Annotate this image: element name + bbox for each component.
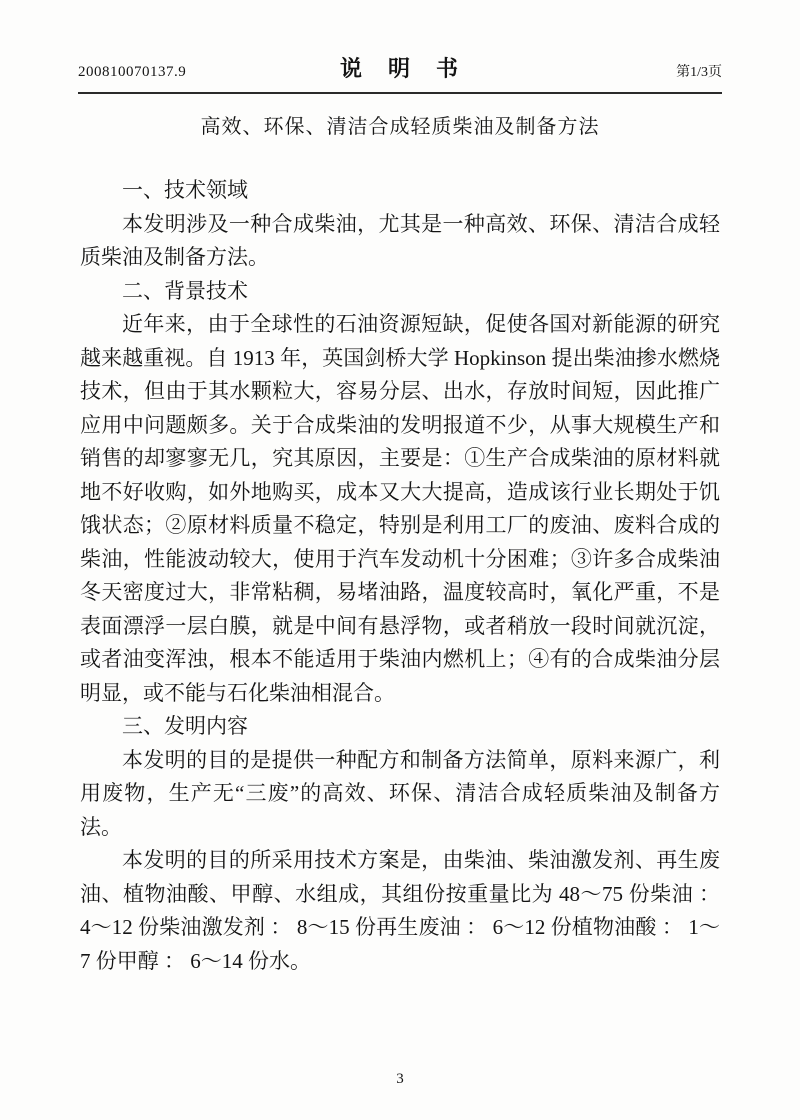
page-header: 200810070137.9 说 明 书 第1/3页	[0, 0, 800, 83]
document-type-title: 说 明 书	[340, 52, 460, 83]
section-heading: 二、背景技术	[80, 275, 720, 309]
patent-specification-page: 200810070137.9 说 明 书 第1/3页 高效、环保、清洁合成轻质柴…	[0, 0, 800, 1120]
footer-page-number: 3	[0, 1071, 800, 1088]
paragraph: 本发明的目的是提供一种配方和制备方法简单，原料来源广，利用废物，生产无“三废”的…	[80, 744, 720, 845]
invention-title: 高效、环保、清洁合成轻质柴油及制备方法	[0, 110, 800, 139]
application-number: 200810070137.9	[78, 64, 340, 81]
paragraph: 近年来，由于全球性的石油资源短缺，促使各国对新能源的研究越来越重视。自 1913…	[80, 308, 720, 710]
document-body: 一、技术领域本发明涉及一种合成柴油，尤其是一种高效、环保、清洁合成轻质柴油及制备…	[0, 139, 800, 978]
paragraph: 本发明涉及一种合成柴油，尤其是一种高效、环保、清洁合成轻质柴油及制备方法。	[80, 208, 720, 275]
header-divider	[78, 92, 722, 94]
paragraph: 本发明的目的所采用技术方案是，由柴油、柴油激发剂、再生废油、植物油酸、甲醇、水组…	[80, 844, 720, 978]
section-heading: 一、技术领域	[80, 174, 720, 208]
section-heading: 三、发明内容	[80, 710, 720, 744]
page-indicator: 第1/3页	[460, 61, 722, 81]
